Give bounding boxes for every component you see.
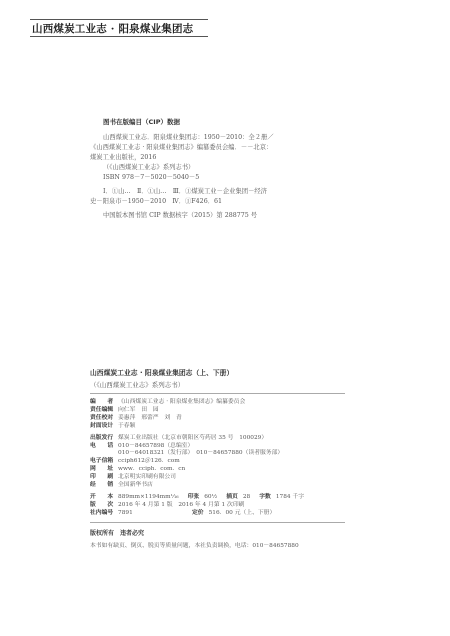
email-value: cciph612＠126．com: [118, 458, 180, 466]
publisher-row: 出版发行 煤炭工业出版社（北京市朝阳区芍药居 35 号 100029）: [90, 435, 390, 443]
distributor-value: 全国新华书店: [118, 482, 153, 490]
cip-block: 图书在版编目（CIP）数据 山西煤炭工业志．阳泉煤业集团志：1950－2010：…: [90, 117, 390, 221]
divider: [90, 393, 345, 394]
credit-value: 《山西煤炭工业志 · 阳泉煤业集团志》编纂委员会: [118, 399, 245, 407]
email-row: 电子信箱 cciph612＠126．com: [90, 458, 390, 466]
cip-line: 煤炭工业出版社，2016: [90, 153, 390, 163]
credit-row: 编 者 《山西煤炭工业志 · 阳泉煤业集团志》编纂委员会: [90, 399, 390, 407]
edition-row: 版 次 2016 年 4 月第 1 版 2016 年 4 月第 1 次印刷: [90, 502, 390, 510]
edition-value: 2016 年 4 月第 1 版 2016 年 4 月第 1 次印刷: [118, 502, 244, 510]
cip-line: Ⅰ．①山… Ⅱ．①山… Ⅲ．①煤炭工业－企业集团－经济: [90, 187, 390, 197]
book-title: 山西煤炭工业志 · 阳泉煤业集团志（上、下册）: [90, 367, 390, 377]
copyright-block: 山西煤炭工业志 · 阳泉煤业集团志（上、下册） （《山西煤炭工业志》系列志书） …: [90, 367, 390, 549]
cip-record-number: 中国版本图书馆 CIP 数据核字（2015）第 288775 号: [90, 211, 390, 221]
running-header-title: 山西煤炭工业志 · 阳泉煤业集团志: [30, 21, 193, 36]
website-row: 网 址 www．cciph．com．cn: [90, 466, 390, 474]
price-key: 定价: [192, 510, 204, 518]
sheets-value: 60¹⁄₂: [204, 494, 217, 502]
credit-row: 责任编辑 向仁军 田 园: [90, 407, 390, 415]
credit-key: 编 者: [90, 399, 118, 407]
cip-heading: 图书在版编目（CIP）数据: [103, 117, 390, 126]
publisher-value: 煤炭工业出版社（北京市朝阳区芍药居 35 号 100029）: [118, 435, 267, 443]
credit-row: 封面设计 于春颖: [90, 423, 390, 431]
printer-key: 印 刷: [90, 474, 118, 482]
printer-value: 北京明实印刷有限公司: [118, 474, 176, 482]
cip-line: 《山西煤炭工业志 · 阳泉煤业集团志》编纂委员会编．－－北京：: [90, 143, 390, 153]
printer-row: 印 刷 北京明实印刷有限公司: [90, 474, 390, 482]
format-row: 开 本 889mm×1194mm¹⁄₁₆ 印张 60¹⁄₂ 插页 28 字数 1…: [90, 494, 390, 502]
credits: 编 者 《山西煤炭工业志 · 阳泉煤业集团志》编纂委员会 责任编辑 向仁军 田 …: [90, 399, 390, 518]
credit-row: 责任校对 姜惠萍 邢蕾严 刘 青: [90, 415, 390, 423]
sheets-key: 印张: [188, 494, 200, 502]
cip-line: 山西煤炭工业志．阳泉煤业集团志：1950－2010：全２册／: [90, 133, 390, 143]
phone-key: 电 话: [90, 443, 118, 451]
website-value: www．cciph．com．cn: [118, 466, 185, 474]
distributor-key: 经 销: [90, 482, 118, 490]
rights-note: 本书如有缺页、倒页、脱页等质量问题，本社负责调换，电话：010－84657880: [90, 540, 390, 549]
cip-isbn: ISBN 978－7－5020－5040－5: [90, 173, 390, 183]
words-key: 字数: [259, 494, 271, 502]
credit-key: 责任编辑: [90, 407, 118, 415]
code-price-row: 社内编号 7891 定价 516．00 元（上、下册）: [90, 510, 390, 518]
book-series: （《山西煤炭工业志》系列志书）: [90, 380, 390, 389]
code-key: 社内编号: [90, 510, 118, 518]
credit-key: 封面设计: [90, 423, 118, 431]
plates-value: 28: [243, 494, 250, 502]
credit-value: 姜惠萍 邢蕾严 刘 青: [118, 415, 182, 423]
website-key: 网 址: [90, 466, 118, 474]
format-key: 开 本: [90, 494, 118, 502]
edition-key: 版 次: [90, 502, 118, 510]
code-value: 7891: [118, 510, 192, 518]
credit-value: 向仁军 田 园: [118, 407, 159, 415]
running-header: 山西煤炭工业志 · 阳泉煤业集团志: [30, 19, 208, 37]
format-value: 889mm×1194mm¹⁄₁₆: [118, 494, 179, 502]
rights-title: 版权所有 违者必究: [90, 528, 390, 537]
credit-value: 于春颖: [118, 423, 135, 431]
cip-line: 史－阳泉市－1950－2010 Ⅳ．①F426．61: [90, 197, 390, 207]
rights-block: 版权所有 违者必究 本书如有缺页、倒页、脱页等质量问题，本社负责调换，电话：01…: [90, 528, 390, 549]
plates-key: 插页: [226, 494, 238, 502]
distributor-row: 经 销 全国新华书店: [90, 482, 390, 490]
divider: [90, 522, 345, 523]
cip-line: （《山西煤炭工业志》系列志书）: [90, 163, 390, 173]
price-value: 516．00 元（上、下册）: [209, 510, 276, 518]
words-value: 1784 千字: [276, 494, 304, 502]
publisher-key: 出版发行: [90, 435, 118, 443]
credit-key: 责任校对: [90, 415, 118, 423]
